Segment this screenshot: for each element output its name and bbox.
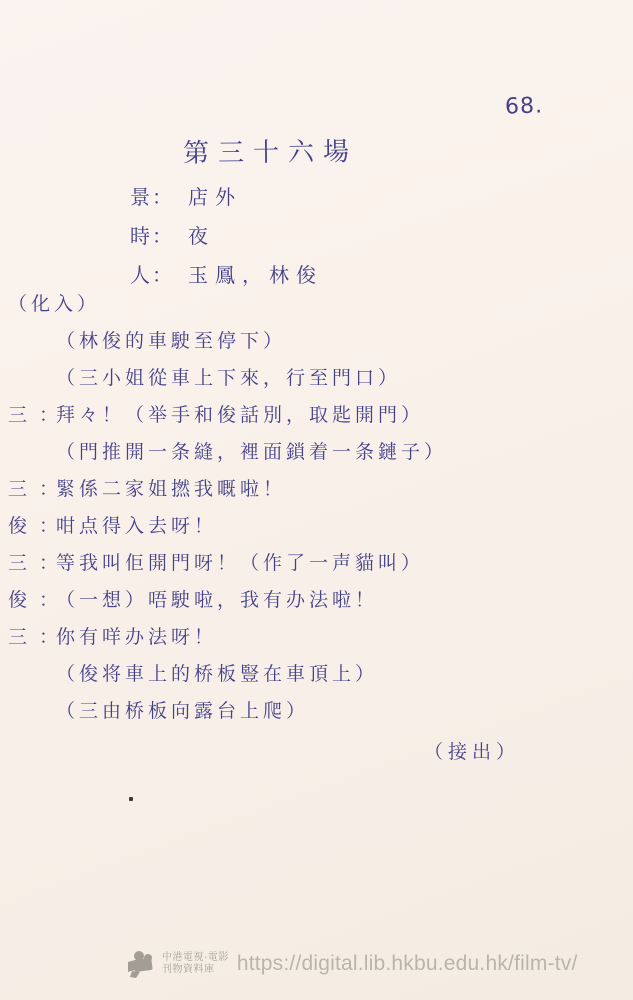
scanned-script-page: 68. 第三十六場 景：店外時：夜人：玉鳳，林俊 （化入）（林俊的車駛至停下）（… [0,0,633,1000]
dialogue-line: 三：等我叫佢開門呀！（作了一声貓叫） [8,548,618,585]
scene-header: 景：店外時：夜人：玉鳳，林俊 [130,181,323,298]
line-text: （化入） [8,293,100,315]
dialogue-line: 三：拜々！（举手和俊話別，取匙開門） [8,400,618,437]
line-text: （俊将車上的桥板豎在車頂上） [56,663,378,685]
line-text: （一想）唔駛啦，我有办法啦！ [56,589,378,611]
line-text: （三小姐從車上下來，行至門口） [56,367,401,389]
speaker-label: 俊： [8,585,56,612]
line-text: （三由桥板向露台上爬） [56,700,309,722]
line-text: 拜々！（举手和俊話別，取匙開門） [56,404,424,426]
action-line: （林俊的車駛至停下） [8,326,618,363]
scene-header-row: 景：店外 [130,181,323,220]
library-name-line1: 中港電視·電影 [162,952,229,964]
scene-header-row: 時：夜 [130,220,323,259]
action-line: （三小姐從車上下來，行至門口） [8,363,618,400]
dialogue-line: 俊：（一想）唔駛啦，我有办法啦！ [8,585,618,622]
speaker-label: 三： [8,622,56,649]
action-line: （三由桥板向露台上爬） [8,696,618,733]
line-text: 等我叫佢開門呀！（作了一声貓叫） [56,552,424,574]
action-line: （化入） [8,289,618,326]
line-text: （林俊的車駛至停下） [56,330,286,352]
header-value: 店外 [188,181,242,220]
film-camera-icon [126,948,158,980]
line-text: 你有咩办法呀！ [56,626,217,648]
library-name: 中港電視·電影 刊物資料庫 [162,952,229,976]
header-value: 夜 [188,220,215,259]
header-label: 時： [130,220,174,259]
transition-note: （接出） [424,737,520,764]
library-name-line2: 刊物資料庫 [162,964,229,976]
scene-title: 第三十六場 [183,131,358,170]
ink-dot [129,797,133,801]
line-text: 緊係二家姐撚我嘅啦！ [56,478,286,500]
action-line: （俊将車上的桥板豎在車頂上） [8,659,618,696]
dialogue-line: 俊：咁点得入去呀！ [8,511,618,548]
speaker-label: 俊： [8,511,56,538]
action-line: （門推開一条縫，裡面鎖着一条鏈子） [8,437,618,474]
speaker-label: 三： [8,548,56,575]
library-url: https://digital.lib.hkbu.edu.hk/film-tv/ [237,952,578,976]
speaker-label: 三： [8,400,56,427]
speaker-label: 三： [8,474,56,501]
line-text: （門推開一条縫，裡面鎖着一条鏈子） [56,441,447,463]
dialogue-line: 三：緊係二家姐撚我嘅啦！ [8,474,618,511]
page-number: 68. [505,93,544,119]
header-label: 景： [130,181,174,220]
script-lines: （化入）（林俊的車駛至停下）（三小姐從車上下來，行至門口）三：拜々！（举手和俊話… [8,289,618,733]
library-watermark: 中港電視·電影 刊物資料庫 https://digital.lib.hkbu.e… [126,948,578,980]
dialogue-line: 三：你有咩办法呀！ [8,622,618,659]
line-text: 咁点得入去呀！ [56,515,217,537]
